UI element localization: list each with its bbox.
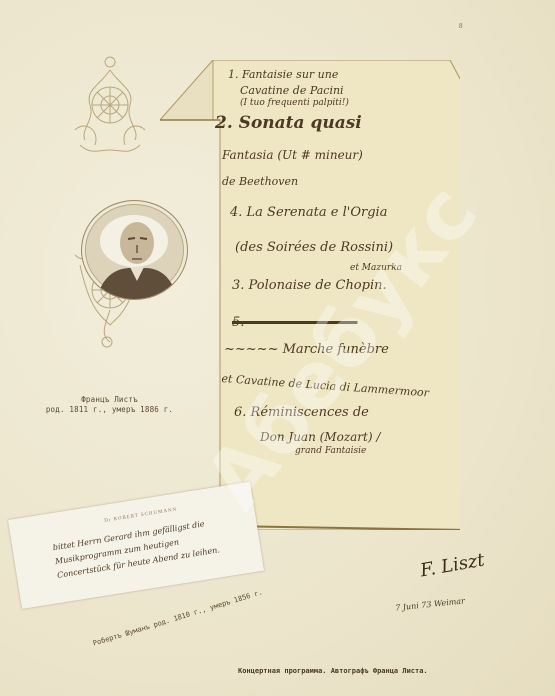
schumann-card: Dr ROBERT SCHUMANN bittet Herrn Gerard i… [8, 482, 264, 609]
ornament-frame [45, 50, 175, 355]
page-number: 8 [459, 22, 463, 30]
card-header: Dr ROBERT SCHUMANN [104, 507, 178, 523]
schumann-caption: Робертъ Шуманъ род. 1810 г., умеръ 1856 … [92, 588, 264, 647]
program-line-struck: 5. ~~~~~~~~~~ [232, 315, 357, 330]
program-line: 1. Fantaisie sur une [228, 68, 338, 81]
program-line: 6. Réminiscences de [234, 405, 369, 420]
liszt-signature: F. Liszt [419, 550, 486, 582]
main-caption: Концертная программа. Автографъ Франца Л… [238, 667, 428, 675]
program-line: Don Juan (Mozart) / [260, 430, 380, 444]
signature-date: 7 Juni 73 Weimar [395, 596, 466, 612]
program-line: ~~~~~ Marche funèbre [224, 342, 389, 357]
program-line: 2. Sonata quasi [215, 113, 362, 133]
program-line: Fantasia (Ut # mineur) [222, 148, 363, 162]
program-line: grand Fantaisie [295, 446, 366, 456]
program-line: 3. Polonaise de Chopin. [232, 278, 387, 293]
floral-ornament-icon [45, 50, 175, 355]
program-line: et Mazurka [350, 263, 402, 273]
manuscript-sheet: 1. Fantaisie sur une Cavatine de Pacini … [160, 60, 460, 530]
program-line: (des Soirées de Rossini) [235, 240, 393, 255]
program-line: de Beethoven [222, 175, 298, 188]
program-line: Cavatine de Pacini [240, 84, 344, 97]
program-line: (I tuo frequenti palpiti!) [240, 98, 349, 108]
program-line: 4. La Serenata e l'Orgia [230, 205, 387, 220]
